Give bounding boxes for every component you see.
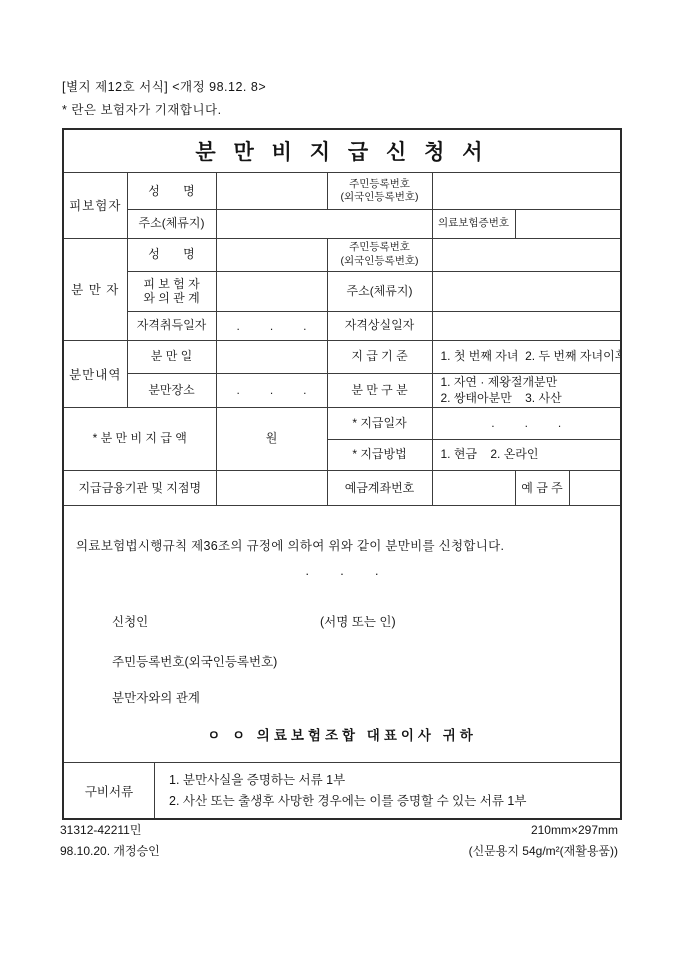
form-box: 분 만 비 지 급 신 청 서 피보험자 성 명 주민등록번호 (외국인등록번호…: [62, 128, 622, 820]
loss-date-label: 자격상실일자: [327, 311, 432, 340]
form-note: * 란은 보험자가 기재합니다.: [62, 99, 266, 122]
attachment-item: 1. 분만사실을 증명하는 서류 1부: [169, 770, 620, 791]
mother-rrn-label-line1: 주민등록번호: [349, 241, 410, 253]
footer-paper-spec: (신문용지 54g/m²(재활용품)): [469, 841, 618, 862]
attachments-list: 1. 분만사실을 증명하는 서류 1부 2. 사산 또는 출생후 사망한 경우에…: [155, 763, 620, 818]
attachment-item: 2. 사산 또는 출생후 사망한 경우에는 이를 증명할 수 있는 서류 1부: [169, 791, 620, 812]
insured-section-label: 피보험자: [64, 173, 127, 238]
account-label: 예금계좌번호: [327, 470, 432, 505]
mother-address-field[interactable]: [432, 271, 620, 311]
payment-date-field[interactable]: . . .: [432, 407, 620, 439]
holder-label: 예 금 주: [515, 470, 569, 505]
mother-rrn-field[interactable]: [432, 238, 620, 271]
mother-relation-label-line2: 와 의 관 계: [143, 291, 199, 305]
signature-label: (서명 또는 인): [320, 612, 396, 630]
loss-date-field[interactable]: [432, 311, 620, 340]
payment-method-options[interactable]: 1. 현금 2. 온라인: [432, 439, 620, 470]
delivery-date-label: 분 만 일: [127, 340, 216, 373]
payment-amount-unit[interactable]: 원: [216, 407, 327, 470]
footer-paper-size: 210mm×297mm: [469, 820, 618, 841]
mother-address-label: 주소(체류지): [327, 271, 432, 311]
acq-date-label: 자격취득일자: [127, 311, 216, 340]
footer-doc-number: 31312-42211민: [60, 820, 160, 841]
declaration-relation-label: 분만자와의 관계: [112, 688, 200, 706]
insured-name-label: 성 명: [127, 173, 216, 209]
insured-rrn-label-line1: 주민등록번호: [349, 178, 410, 190]
mother-relation-label: 피 보 험 자 와 의 관 계: [127, 271, 216, 311]
insured-rrn-label-line2: (외국인등록번호): [341, 191, 419, 203]
attachments-row: 구비서류 1. 분만사실을 증명하는 서류 1부 2. 사산 또는 출생후 사망…: [64, 762, 620, 818]
mother-rrn-label-line2: (외국인등록번호): [341, 255, 419, 267]
delivery-type-options[interactable]: 1. 자연 · 제왕절개분만 2. 쌍태아분만 3. 사산: [432, 373, 620, 407]
applicant-label: 신청인: [112, 612, 148, 630]
insured-address-field[interactable]: [216, 209, 432, 238]
insured-rrn-field[interactable]: [432, 173, 620, 209]
payment-amount-label: * 분 만 비 지 급 액: [64, 407, 216, 470]
mother-name-label: 성 명: [127, 238, 216, 271]
insured-rrn-label: 주민등록번호 (외국인등록번호): [327, 173, 432, 209]
delivery-type-label: 분 만 구 분: [327, 373, 432, 407]
declaration-area: 의료보험법시행규칙 제36조의 규정에 의하여 위와 같이 분만비를 신청합니다…: [64, 505, 620, 762]
mother-name-field[interactable]: [216, 238, 327, 271]
acq-date-field[interactable]: . . .: [216, 311, 327, 340]
mother-relation-label-line1: 피 보 험 자: [143, 277, 199, 291]
delivery-type-option-line1: 1. 자연 · 제왕절개분만: [441, 375, 558, 389]
payment-criteria-label: 지 급 기 준: [327, 340, 432, 373]
insured-address-label: 주소(체류지): [127, 209, 216, 238]
account-field[interactable]: [432, 470, 515, 505]
footer-left: 31312-42211민 98.10.20. 개정승인: [60, 820, 160, 862]
declaration-statement: 의료보험법시행규칙 제36조의 규정에 의하여 위와 같이 분만비를 신청합니다…: [76, 536, 504, 554]
insured-name-field[interactable]: [216, 173, 327, 209]
delivery-place-label: 분만장소: [127, 373, 216, 407]
bank-label: 지급금융기관 및 지점명: [64, 470, 216, 505]
footer-right: 210mm×297mm (신문용지 54g/m²(재활용품)): [469, 820, 618, 862]
form-grid: 피보험자 성 명 주민등록번호 (외국인등록번호) 주소(체류지) 의료보험증번…: [64, 173, 620, 505]
mother-section-label: 분 만 자: [64, 238, 127, 340]
insurance-card-no-field[interactable]: [515, 209, 620, 238]
declaration-rrn-label: 주민등록번호(외국인등록번호): [112, 652, 277, 670]
form-title: 분 만 비 지 급 신 청 서: [64, 130, 620, 173]
mother-rrn-label: 주민등록번호 (외국인등록번호): [327, 238, 432, 271]
payment-method-label: * 지급방법: [327, 439, 432, 470]
declaration-date-field[interactable]: . . .: [64, 564, 620, 578]
recipient-line: ㅇ ㅇ 의료보험조합 대표이사 귀하: [64, 724, 620, 744]
holder-field[interactable]: [569, 470, 620, 505]
attachments-section-label: 구비서류: [64, 763, 155, 818]
payment-date-label: * 지급일자: [327, 407, 432, 439]
payment-criteria-options[interactable]: 1. 첫 번째 자녀 2. 두 번째 자녀이후: [432, 340, 620, 373]
insurance-card-no-label: 의료보험증번호: [432, 209, 515, 238]
delivery-section-label: 분만내역: [64, 340, 127, 407]
footer-approval: 98.10.20. 개정승인: [60, 841, 160, 862]
form-reference: [별지 제12호 서식] <개정 98.12. 8>: [62, 76, 266, 99]
delivery-type-option-line2: 2. 쌍태아분만 3. 사산: [441, 391, 562, 405]
delivery-place-field[interactable]: . . .: [216, 373, 327, 407]
delivery-date-field[interactable]: [216, 340, 327, 373]
bank-field[interactable]: [216, 470, 327, 505]
form-page: [별지 제12호 서식] <개정 98.12. 8> * 란은 보험자가 기재합…: [0, 0, 680, 962]
mother-relation-field[interactable]: [216, 271, 327, 311]
form-meta: [별지 제12호 서식] <개정 98.12. 8> * 란은 보험자가 기재합…: [62, 76, 266, 122]
